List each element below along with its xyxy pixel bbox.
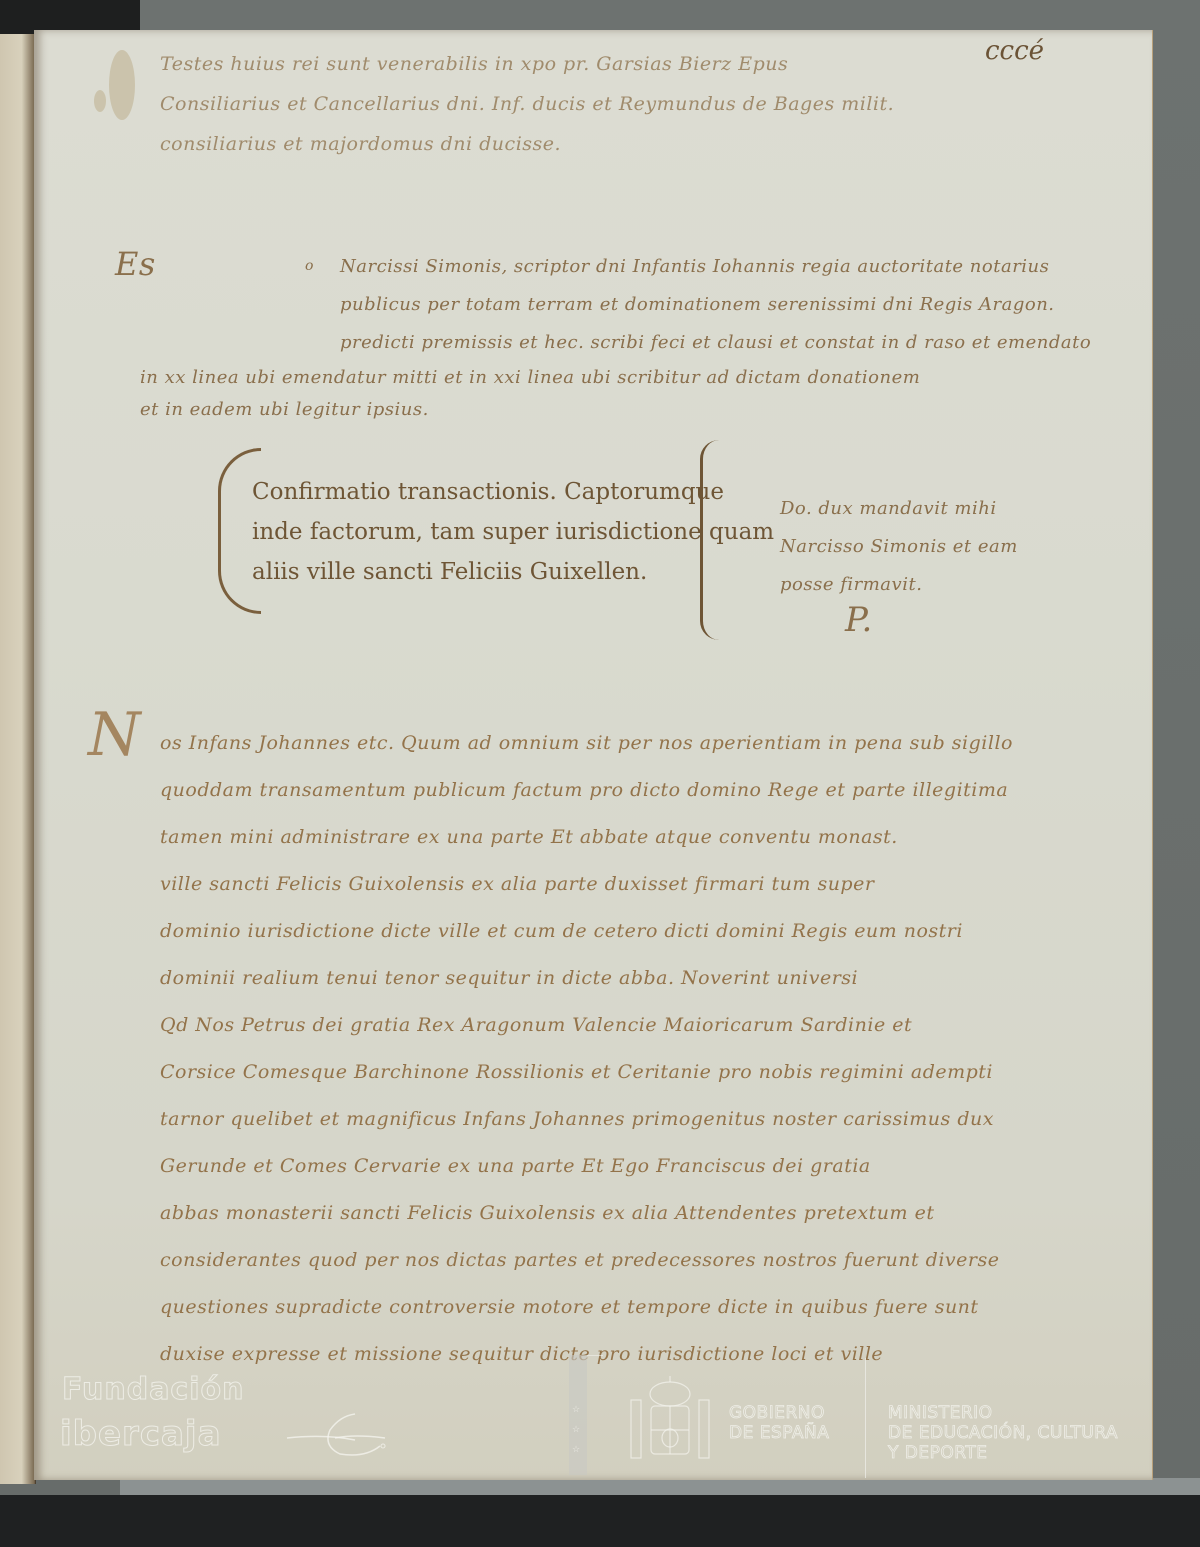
margin-note-line: Narcisso Simonis et eam (780, 528, 1018, 566)
watermark-fundacion: Fundación (62, 1372, 244, 1407)
rubric-line: inde factorum, tam super iurisdictione q… (252, 512, 774, 552)
notary-paraph: P. (845, 600, 873, 640)
notarial-subscription-continued: in xx linea ubi emendatur mitti et in xx… (140, 362, 920, 426)
body-line: questiones supradicte controversie motor… (160, 1284, 1013, 1331)
ibercaja-logo-icon (285, 1408, 395, 1458)
es-mark: Es (115, 245, 156, 283)
rubric-line: Confirmatio transactionis. Captorumque (252, 472, 774, 512)
body-line: ville sancti Felicis Guixolensis ex alia… (160, 861, 1013, 908)
note-line: publicus per totam terram et dominatione… (340, 286, 1091, 324)
ministry-line: DE EDUCACIÓN, CULTURA (888, 1423, 1118, 1443)
rubric-line: aliis ville sancti Feliciis Guixellen. (252, 552, 774, 592)
witness-clause: Testes huius rei sunt venerabilis in xpo… (160, 44, 894, 164)
body-line: tamen mini administrare ex una parte Et … (160, 814, 1013, 861)
body-line: Qd Nos Petrus dei gratia Rex Aragonum Va… (160, 1002, 1013, 1049)
witness-line: Testes huius rei sunt venerabilis in xpo… (160, 44, 894, 84)
ministerio-text: MINISTERIO DE EDUCACIÓN, CULTURA Y DEPOR… (888, 1403, 1118, 1463)
body-line: abbas monasterii sancti Felicis Guixolen… (160, 1190, 1013, 1237)
gov-line: GOBIERNO (729, 1403, 829, 1423)
charter-body: os Infans Johannes etc. Quum ad omnium s… (160, 720, 1013, 1378)
body-line: Corsice Comesque Barchinone Rossilionis … (160, 1049, 1013, 1096)
folio-number: cccé (985, 36, 1044, 66)
margin-note: Do. dux mandavit mihi Narcisso Simonis e… (780, 490, 1018, 604)
watermark-divider (865, 1358, 866, 1478)
note-line: et in eadem ubi legitur ipsius. (140, 394, 920, 426)
witness-line: consiliarius et majordomus dni ducisse. (160, 124, 894, 164)
body-line: quoddam transamentum publicum factum pro… (160, 767, 1013, 814)
rubric-title: Confirmatio transactionis. Captorumque i… (252, 472, 774, 592)
gov-flag-bar (587, 1355, 603, 1476)
body-line: dominio iurisdictione dicte ville et cum… (160, 908, 1013, 955)
water-stain (109, 50, 135, 120)
es-dot: o (305, 258, 314, 274)
eu-stars-icon: ☆☆☆ (572, 1400, 580, 1460)
note-line: in xx linea ubi emendatur mitti et in xx… (140, 362, 920, 394)
witness-line: Consiliarius et Cancellarius dni. Inf. d… (160, 84, 894, 124)
facing-page-edge (0, 34, 36, 1484)
watermark-ibercaja: ibercaja (60, 1414, 222, 1454)
ministry-line: MINISTERIO (888, 1403, 1118, 1423)
margin-note-line: Do. dux mandavit mihi (780, 490, 1018, 528)
note-line: predicti premissis et hec. scribi feci e… (340, 324, 1091, 362)
rubric-brace-right (700, 440, 719, 640)
water-stain (94, 90, 106, 112)
ministry-line: Y DEPORTE (888, 1443, 1118, 1463)
gobierno-de-espana-text: GOBIERNO DE ESPAÑA (729, 1403, 829, 1443)
note-line: Narcissi Simonis, scriptor dni Infantis … (340, 248, 1091, 286)
body-line: tarnor quelibet et magnificus Infans Joh… (160, 1096, 1013, 1143)
margin-note-line: posse firmavit. (780, 566, 1018, 604)
notarial-subscription: Narcissi Simonis, scriptor dni Infantis … (340, 248, 1091, 362)
body-line: os Infans Johannes etc. Quum ad omnium s… (160, 720, 1013, 767)
body-line: Gerunde et Comes Cervarie ex una parte E… (160, 1143, 1013, 1190)
body-line: dominii realium tenui tenor sequitur in … (160, 955, 1013, 1002)
body-line: considerantes quod per nos dictas partes… (160, 1237, 1013, 1284)
spain-coat-of-arms-icon (625, 1372, 715, 1467)
gov-line: DE ESPAÑA (729, 1423, 829, 1443)
decorated-initial: N (88, 700, 141, 770)
scanner-bottom-edge (0, 1495, 1200, 1547)
